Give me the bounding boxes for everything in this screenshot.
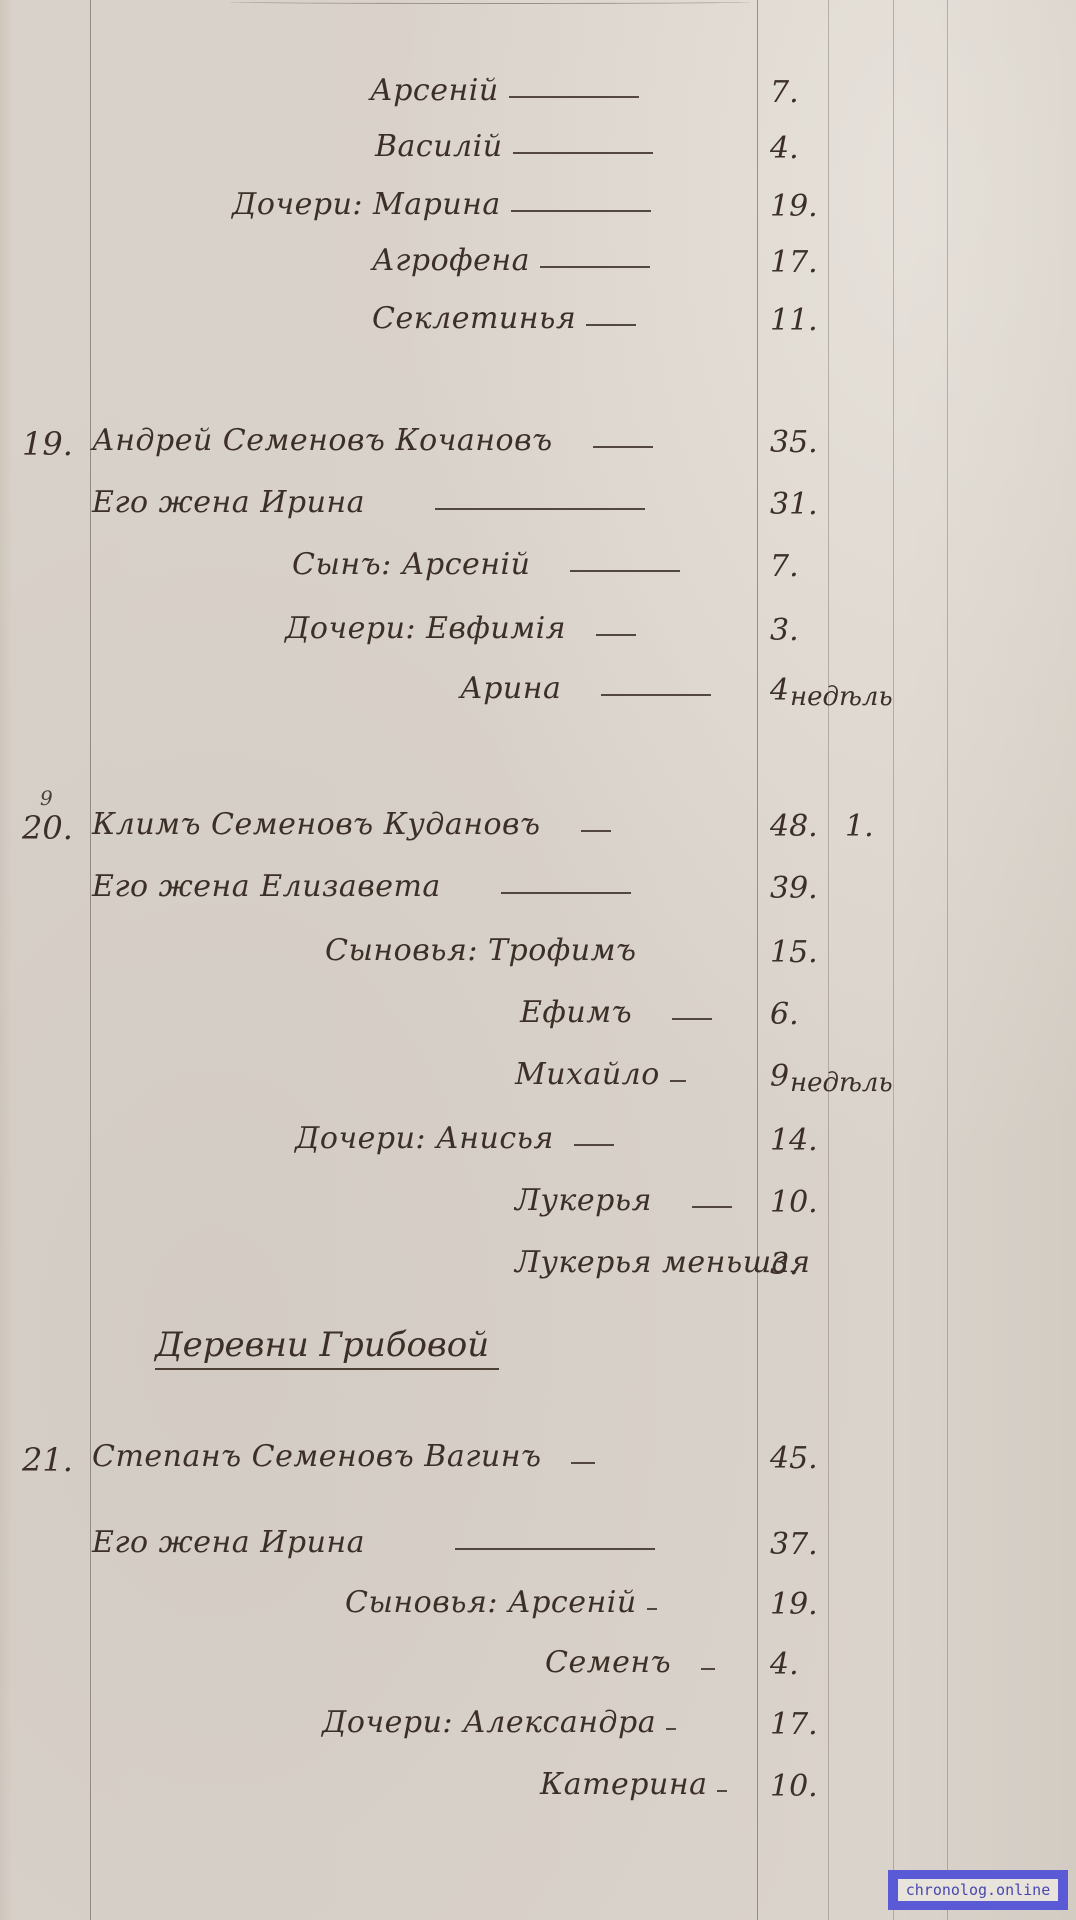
dash-rule	[540, 266, 650, 268]
person-name: Дочери: Анисья	[295, 1124, 554, 1154]
list-item: Секлетинья	[372, 290, 642, 334]
age-value: 3.	[770, 1250, 799, 1280]
column-rule	[893, 0, 894, 1920]
dash-rule	[666, 1728, 676, 1730]
entry-number: 21.	[22, 1444, 73, 1476]
list-item: Агрофена	[372, 232, 656, 276]
age-value: 9	[770, 1062, 789, 1092]
list-item: Арсеній	[370, 62, 645, 106]
person-name: Семенъ	[545, 1648, 671, 1678]
dash-rule	[574, 1144, 614, 1146]
age-value: 17.	[770, 248, 818, 278]
dash-rule	[570, 570, 680, 572]
list-item: Сынъ: Арсеній	[292, 536, 686, 580]
person-name: Дочери: Александра	[322, 1708, 656, 1738]
watermark-text: chronolog.online	[898, 1879, 1059, 1902]
entry-number: 20.	[22, 812, 73, 844]
age-value: 10.	[770, 1188, 818, 1218]
head-of-household: Степанъ Семеновъ Вагинъ	[92, 1442, 541, 1472]
age-value: 14.	[770, 1126, 818, 1156]
list-item: Сыновья: Арсеній	[345, 1574, 663, 1618]
list-item: Его жена Ирина	[92, 474, 651, 518]
person-name: Его жена Елизавета	[92, 872, 441, 902]
dash-rule	[511, 210, 651, 212]
list-item: Сыновья: Трофимъ	[325, 922, 636, 966]
person-name: Дочери: Марина	[232, 190, 501, 220]
age-value: 4.	[770, 134, 799, 164]
age-value: 35.	[770, 428, 818, 458]
list-item: Дочери: Александра	[322, 1694, 682, 1738]
person-name: Арсеній	[370, 76, 499, 106]
person-name: Лукерья	[515, 1186, 652, 1216]
age-value: 37.	[770, 1530, 818, 1560]
person-name: Сынъ: Арсеній	[292, 550, 530, 580]
age-value: 48.	[770, 812, 818, 842]
person-name: Катерина	[540, 1770, 707, 1800]
person-name: Сыновья: Трофимъ	[325, 936, 636, 966]
column-rule	[828, 0, 829, 1920]
age-value: 4.	[770, 1650, 799, 1680]
head-of-household: Андрей Семеновъ Кочановъ	[92, 426, 553, 456]
dash-rule	[501, 892, 631, 894]
list-item: Степанъ Семеновъ Вагинъ	[92, 1428, 601, 1472]
age-unit-note: недѣль	[790, 684, 893, 710]
entry-number: 19.	[22, 428, 73, 460]
dash-rule	[670, 1080, 686, 1082]
person-name: Агрофена	[372, 246, 530, 276]
list-item: Семенъ	[545, 1634, 721, 1678]
header-rule	[230, 0, 750, 4]
list-item: Михайло	[515, 1046, 692, 1090]
list-item: Дочери: Евфимія	[285, 600, 642, 644]
list-item: Климъ Семеновъ Кудановъ	[92, 796, 617, 840]
age-value: 45.	[770, 1444, 818, 1474]
age-value: 15.	[770, 938, 818, 968]
head-of-household: Климъ Семеновъ Кудановъ	[92, 810, 541, 840]
age-value: 19.	[770, 1590, 818, 1620]
person-name: Арина	[460, 674, 561, 704]
dash-rule	[571, 1462, 595, 1464]
list-item: Дочери: Анисья	[295, 1110, 620, 1154]
age-value: 10.	[770, 1772, 818, 1802]
age-unit-note: недѣль	[790, 1070, 893, 1096]
list-item: Андрей Семеновъ Кочановъ	[92, 412, 659, 456]
dash-rule	[601, 694, 711, 696]
dash-rule	[581, 830, 611, 832]
dash-rule	[435, 508, 645, 510]
dash-rule	[593, 446, 653, 448]
document-page: Арсеній 7. Василій 4. Дочери: Марина 19.…	[0, 0, 1076, 1920]
age-value: 7.	[770, 78, 799, 108]
dash-rule	[509, 96, 639, 98]
list-item: Его жена Ирина	[92, 1514, 661, 1558]
age-value: 6.	[770, 1000, 799, 1030]
age-value: 11.	[770, 306, 818, 336]
person-name: Михайло	[515, 1060, 660, 1090]
person-name: Дочери: Евфимія	[285, 614, 566, 644]
age-value: 19.	[770, 192, 818, 222]
age-value: 31.	[770, 490, 818, 520]
list-item: Его жена Елизавета	[92, 858, 637, 902]
list-item: Василій	[375, 118, 659, 162]
person-name: Ефимъ	[520, 998, 632, 1028]
person-name: Василій	[375, 132, 503, 162]
margin-rule	[90, 0, 91, 1920]
age-value: 7.	[770, 552, 799, 582]
person-name: Лукерья меньшая	[515, 1248, 810, 1278]
person-name: Его жена Ирина	[92, 488, 365, 518]
dash-rule	[596, 634, 636, 636]
dash-rule	[455, 1548, 655, 1550]
section-heading: Деревни Грибовой	[155, 1328, 499, 1370]
list-item: Лукерья	[515, 1172, 738, 1216]
watermark-badge: chronolog.online	[888, 1870, 1068, 1910]
dash-rule	[717, 1790, 727, 1792]
person-name: Его жена Ирина	[92, 1528, 365, 1558]
age-column-rule	[757, 0, 758, 1920]
number-correction: 9	[40, 786, 53, 810]
list-item: Ефимъ	[520, 984, 718, 1028]
list-item: Катерина	[540, 1756, 733, 1800]
dash-rule	[513, 152, 653, 154]
person-name: Секлетинья	[372, 304, 576, 334]
age-value: 17.	[770, 1710, 818, 1740]
dash-rule	[692, 1206, 732, 1208]
extra-column-value: 1.	[845, 812, 874, 842]
dash-rule	[647, 1608, 657, 1610]
list-item: Лукерья меньшая	[515, 1234, 810, 1278]
list-item: Арина	[460, 660, 717, 704]
age-value: 39.	[770, 874, 818, 904]
dash-rule	[586, 324, 636, 326]
age-value: 3.	[770, 616, 799, 646]
list-item: Дочери: Марина	[232, 176, 657, 220]
dash-rule	[701, 1668, 715, 1670]
person-name: Сыновья: Арсеній	[345, 1588, 637, 1618]
dash-rule	[672, 1018, 712, 1020]
age-value: 4	[770, 676, 789, 706]
column-rule	[947, 0, 948, 1920]
